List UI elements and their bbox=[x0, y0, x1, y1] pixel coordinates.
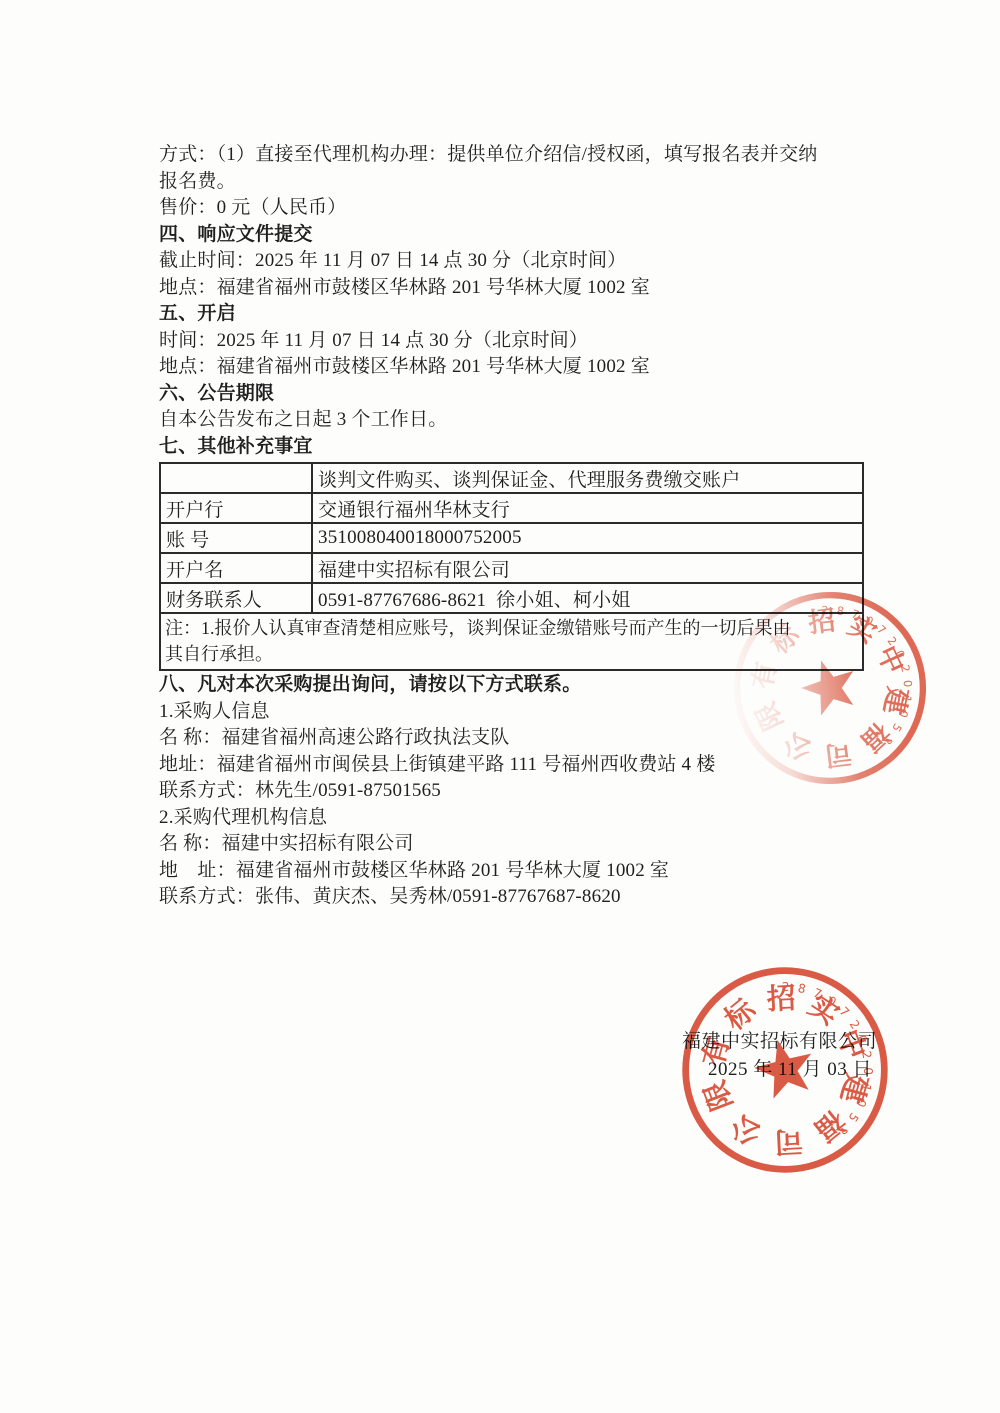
row-label: 财务联系人 bbox=[160, 583, 312, 613]
text-line: 地址：福建省福州市闽侯县上街镇建平路 111 号福州西收费站 4 楼 bbox=[159, 752, 871, 779]
seal-serial-digit: 1 bbox=[900, 694, 914, 703]
seal-ring-char: 公 bbox=[726, 1108, 768, 1151]
seal-serial-digit: 3 bbox=[880, 733, 894, 747]
row-label bbox=[160, 463, 312, 493]
note-line: 注：1.报价人认真审查清楚相应账号，谈判保证金缴错账号而产生的一切后果由 bbox=[165, 616, 858, 642]
section-heading: 四、响应文件提交 bbox=[159, 222, 871, 249]
document-page: 方式：（1）直接至代理机构办理：提供单位介绍信/授权函，填写报名表并交纳报名费。… bbox=[0, 0, 1000, 1413]
bank-account-table: 谈判文件购买、谈判保证金、代理服务费缴交账户开户行交通银行福州华林支行账 号35… bbox=[159, 462, 864, 671]
section-heading: 七、其他补充事宜 bbox=[159, 434, 871, 461]
section-heading: 五、开启 bbox=[159, 301, 871, 328]
bank-account-table-body: 谈判文件购买、谈判保证金、代理服务费缴交账户开户行交通银行福州华林支行账 号35… bbox=[160, 463, 863, 670]
text-line: 地 址：福建省福州市鼓楼区华林路 201 号华林大厦 1002 室 bbox=[159, 858, 871, 885]
table-row: 账 号351008040018000752005 bbox=[160, 523, 863, 553]
document-body: 方式：（1）直接至代理机构办理：提供单位介绍信/授权函，填写报名表并交纳报名费。… bbox=[159, 142, 871, 911]
table-row: 开户名福建中实招标有限公司 bbox=[160, 553, 863, 583]
text-line: 报名费。 bbox=[159, 169, 871, 196]
seal-ring-char: 福 bbox=[808, 1103, 851, 1146]
row-label: 开户行 bbox=[160, 493, 312, 523]
note-line: 其自行承担。 bbox=[165, 642, 858, 668]
text-line: 2.采购代理机构信息 bbox=[159, 805, 871, 832]
row-label: 开户名 bbox=[160, 553, 312, 583]
section-heading: 六、公告期限 bbox=[159, 381, 871, 408]
text-line: 售价：0 元（人民币） bbox=[159, 195, 871, 222]
table-header-row: 谈判文件购买、谈判保证金、代理服务费缴交账户 bbox=[160, 463, 863, 493]
seal-ring-char: 实 bbox=[803, 989, 845, 1032]
seal-serial-digit: 0 bbox=[901, 680, 914, 688]
section-heading: 八、凡对本次采购提出询问，请按以下方式联系。 bbox=[159, 672, 871, 699]
signature-date: 2025 年 11 月 03 日 bbox=[682, 1056, 877, 1084]
row-value: 福建中实招标有限公司 bbox=[312, 553, 863, 583]
seal-ring-char: 中 bbox=[871, 641, 910, 678]
intro-section: 方式：（1）直接至代理机构办理：提供单位介绍信/授权函，填写报名表并交纳报名费。… bbox=[159, 142, 871, 460]
seal-serial-digit: 5 bbox=[889, 721, 904, 734]
row-value: 351008040018000752005 bbox=[312, 523, 863, 553]
text-line: 联系方式：林先生/0591-87501565 bbox=[159, 778, 871, 805]
text-line: 方式：（1）直接至代理机构办理：提供单位介绍信/授权函，填写报名表并交纳 bbox=[159, 142, 871, 169]
seal-serial-digit: 0 bbox=[825, 993, 839, 1009]
seal-ring-char: 招 bbox=[766, 982, 797, 1016]
signature-block: 福建中实招标有限公司 2025 年 11 月 03 日 bbox=[682, 1028, 877, 1084]
text-line: 地点：福建省福州市鼓楼区华林路 201 号华林大厦 1002 室 bbox=[159, 354, 871, 381]
seal-serial-digit: 7 bbox=[811, 986, 824, 1002]
seal-serial-digit: 8 bbox=[797, 981, 807, 996]
seal-serial-digit: 0 bbox=[892, 648, 907, 660]
text-line: 自本公告发布之日起 3 个工作日。 bbox=[159, 407, 871, 434]
row-value: 交通银行福州华林支行 bbox=[312, 493, 863, 523]
signature-company: 福建中实招标有限公司 bbox=[682, 1028, 877, 1056]
table-row: 财务联系人0591-87767686-8621 徐小姐、柯小姐 bbox=[160, 583, 863, 613]
row-value: 0591-87767686-8621 徐小姐、柯小姐 bbox=[312, 583, 863, 613]
seal-serial-digit: 2 bbox=[782, 980, 790, 994]
text-line: 联系方式：张伟、黄庆杰、吴秀林/0591-87767687-8620 bbox=[159, 884, 871, 911]
text-line: 截止时间：2025 年 11 月 07 日 14 点 30 分（北京时间） bbox=[159, 248, 871, 275]
text-line: 名 称：福建省福州高速公路行政执法支队 bbox=[159, 725, 871, 752]
text-line: 名 称：福建中实招标有限公司 bbox=[159, 831, 871, 858]
seal-ring-char: 司 bbox=[773, 1124, 804, 1157]
row-value: 谈判文件购买、谈判保证金、代理服务费缴交账户 bbox=[312, 463, 863, 493]
seal-serial-digit: 0 bbox=[853, 1097, 869, 1110]
text-line: 地点：福建省福州市鼓楼区华林路 201 号华林大厦 1002 室 bbox=[159, 275, 871, 302]
seal-serial-digit: 7 bbox=[874, 623, 888, 637]
seal-serial-digit: 2 bbox=[898, 664, 912, 674]
text-line: 时间：2025 年 11 月 07 日 14 点 30 分（北京时间） bbox=[159, 328, 871, 355]
seal-serial-digit: 0 bbox=[896, 708, 911, 719]
table-note: 注：1.报价人认真审查清楚相应账号，谈判保证金缴错账号而产生的一切后果由其自行承… bbox=[160, 613, 863, 670]
seal-serial-digit: 5 bbox=[845, 1110, 861, 1124]
contact-section: 八、凡对本次采购提出询问，请按以下方式联系。1.采购人信息名 称：福建省福州高速… bbox=[159, 672, 871, 911]
seal-serial-digit: 7 bbox=[837, 1004, 852, 1019]
seal-serial-digit: 3 bbox=[835, 1122, 850, 1137]
table-note-row: 注：1.报价人认真审查清楚相应账号，谈判保证金缴错账号而产生的一切后果由其自行承… bbox=[160, 613, 863, 670]
seal-serial-digit: 2 bbox=[884, 635, 899, 649]
text-line: 1.采购人信息 bbox=[159, 699, 871, 726]
table-row: 开户行交通银行福州华林支行 bbox=[160, 493, 863, 523]
seal-ring-char: 建 bbox=[878, 685, 913, 717]
row-label: 账 号 bbox=[160, 523, 312, 553]
